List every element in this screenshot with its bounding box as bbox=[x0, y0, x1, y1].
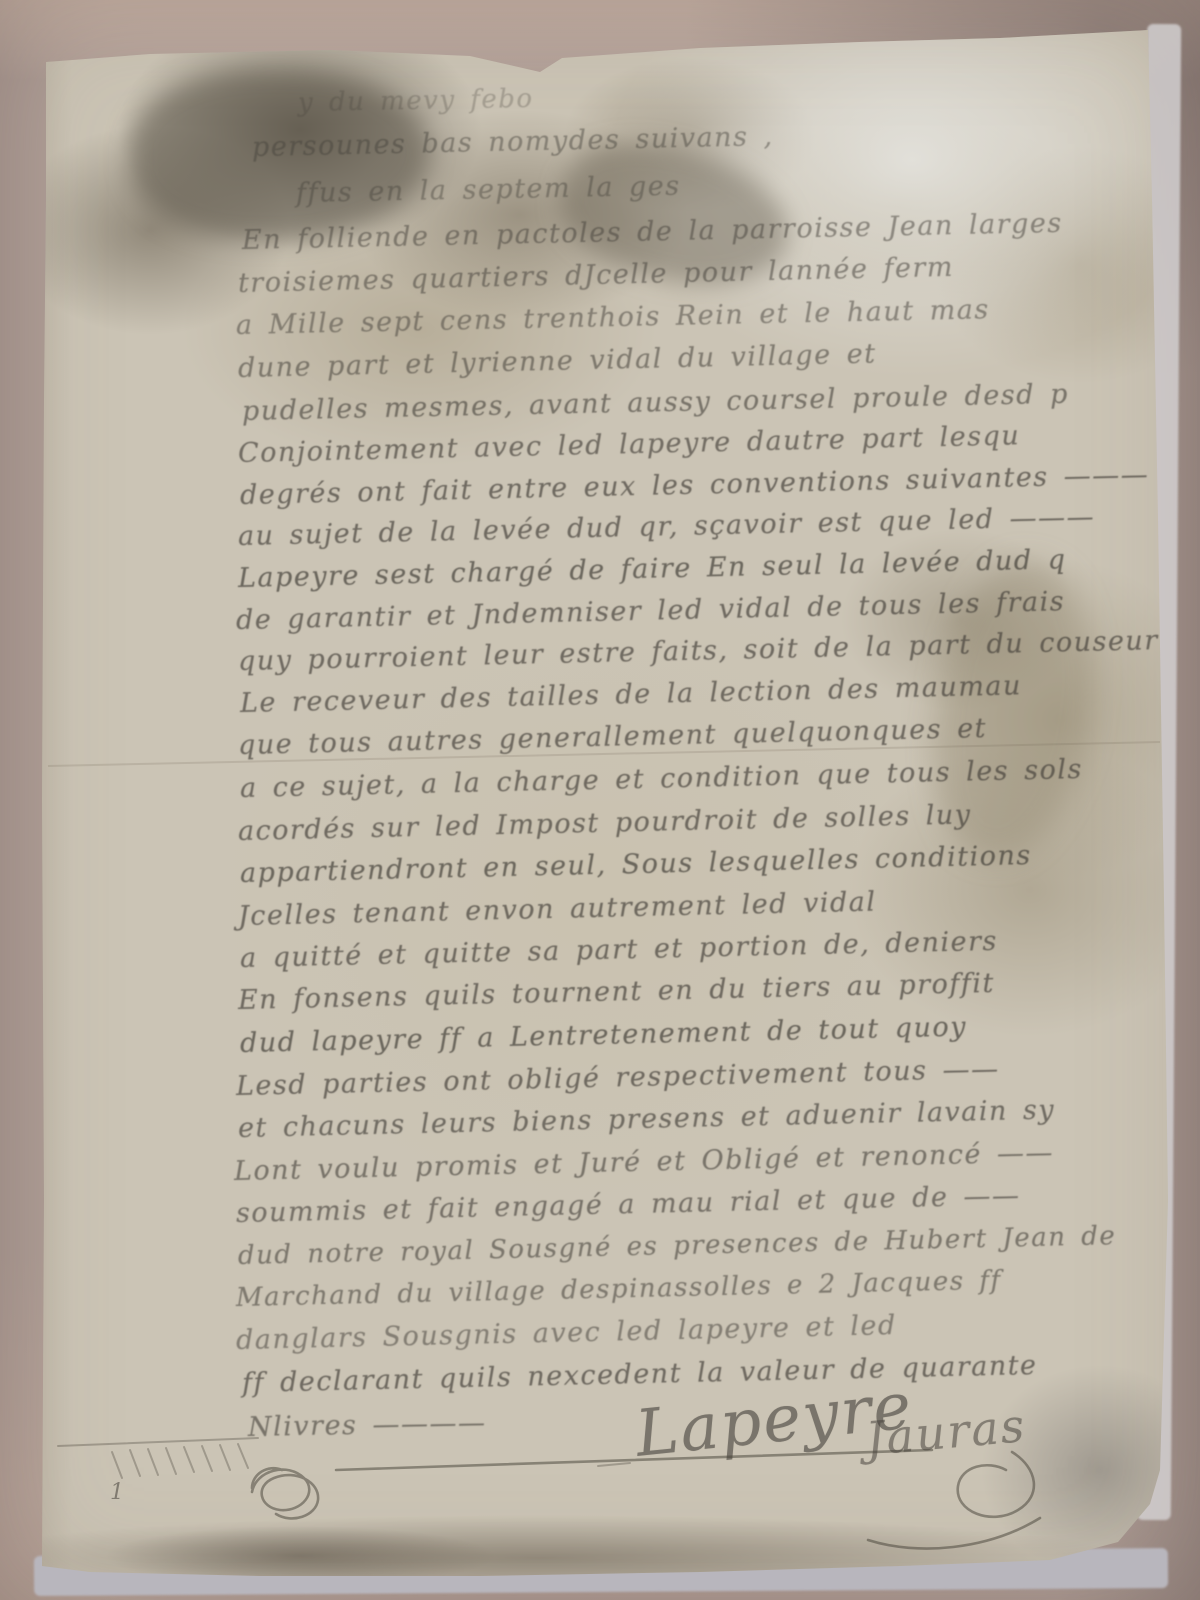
manuscript-line: que tous autres generallement quelquonqu… bbox=[238, 713, 988, 761]
manuscript-line: Le receveur des tailles de la lection de… bbox=[240, 670, 1023, 719]
page-number-mark: 1 bbox=[110, 1480, 124, 1505]
manuscript-line: de garantir et Jndemniser led vidal de t… bbox=[236, 586, 1066, 636]
manuscript-line: Conjointement avec led lapeyre dautre pa… bbox=[238, 420, 1021, 469]
manuscript-line: persounes bas nomydes suivans , bbox=[252, 121, 774, 163]
manuscript-line: ffus en la septem la ges bbox=[296, 171, 681, 209]
manuscript-line: au sujet de la levée dud qr, sçavoir est… bbox=[238, 502, 1096, 552]
manuscript-line: y du mevy febo bbox=[298, 84, 534, 118]
manuscript-page: y du mevy febopersounes bas nomydes suiv… bbox=[0, 0, 1200, 1600]
manuscript-line: appartiendront en seul, Sous lesquelles … bbox=[240, 840, 1032, 889]
manuscript-line: dud notre royal Sousgné es presences de … bbox=[238, 1221, 1117, 1271]
manuscript-line: ff declarant quils nexcedent la valeur d… bbox=[242, 1350, 1038, 1399]
manuscript-line: Jcelles tenant envon autrement led vidal bbox=[238, 887, 877, 932]
manuscript-line: soummis et fait engagé a mau rial et que… bbox=[236, 1180, 1021, 1229]
handwriting-layer: y du mevy febopersounes bas nomydes suiv… bbox=[0, 0, 1200, 1600]
manuscript-line: pudelles mesmes, avant aussy coursel pro… bbox=[242, 379, 1069, 427]
manuscript-line: a ce sujet, a la charge et condition que… bbox=[240, 754, 1083, 804]
manuscript-line: Marchand du village despinassolles e 2 J… bbox=[236, 1266, 1002, 1313]
manuscript-line: a Mille sept cens trenthois Rein et le h… bbox=[236, 294, 990, 341]
manuscript-line: Lapeyre sest chargé de faire En seul la … bbox=[238, 544, 1067, 594]
manuscript-line: acordés sur led Impost pourdroit de soll… bbox=[238, 799, 972, 847]
manuscript-line: Lesd parties ont obligé respectivement t… bbox=[236, 1054, 1000, 1102]
photo-backdrop: y du mevy febopersounes bas nomydes suiv… bbox=[0, 0, 1200, 1600]
manuscript-line: dud lapeyre ff a Lentretenement de tout … bbox=[240, 1012, 968, 1059]
manuscript-line: quy pourroient leur estre faits, soit de… bbox=[238, 625, 1159, 677]
manuscript-line: Nlivres ———— bbox=[248, 1407, 487, 1443]
manuscript-line: danglars Sousgnis avec led lapeyre et le… bbox=[236, 1310, 897, 1356]
manuscript-line: En folliende en pactoles de la parroisse… bbox=[242, 208, 1063, 256]
manuscript-line: troisiemes quartiers dJcelle pour lannée… bbox=[238, 252, 955, 299]
manuscript-line: et chacuns leurs biens presens et adueni… bbox=[238, 1094, 1056, 1144]
manuscript-line: dune part et lyrienne vidal du village e… bbox=[238, 339, 877, 384]
manuscript-line: Lont voulu promis et Juré et Obligé et r… bbox=[234, 1137, 1055, 1187]
manuscript-line: En fonsens quils tournent en du tiers au… bbox=[238, 968, 995, 1016]
manuscript-line: a quitté et quitte sa part et portion de… bbox=[240, 926, 999, 974]
